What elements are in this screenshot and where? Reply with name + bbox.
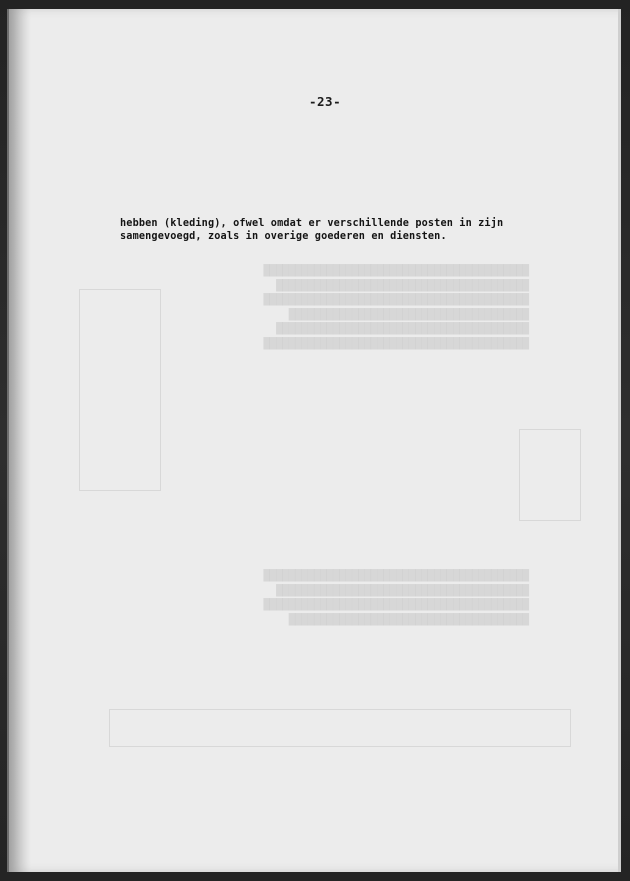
text-line: samengevoegd, zoals in overige goederen …: [120, 230, 503, 243]
body-paragraph: hebben (kleding), ofwel omdat er verschi…: [120, 217, 503, 243]
document-page: ████████████████████████████████████████…: [7, 9, 621, 872]
bleed-through-chart-frame: [79, 289, 161, 491]
bleed-through-texture: ████████████████████████████████████████…: [109, 569, 529, 627]
page-number: -23-: [309, 94, 341, 109]
bleed-through-chart-frame: [519, 429, 581, 521]
bleed-through-texture: ████████████████████████████████████████…: [109, 264, 529, 351]
text-line: hebben (kleding), ofwel omdat er verschi…: [120, 217, 503, 230]
bleed-through-chart-frame: [109, 709, 571, 747]
page-edge: [618, 9, 621, 872]
